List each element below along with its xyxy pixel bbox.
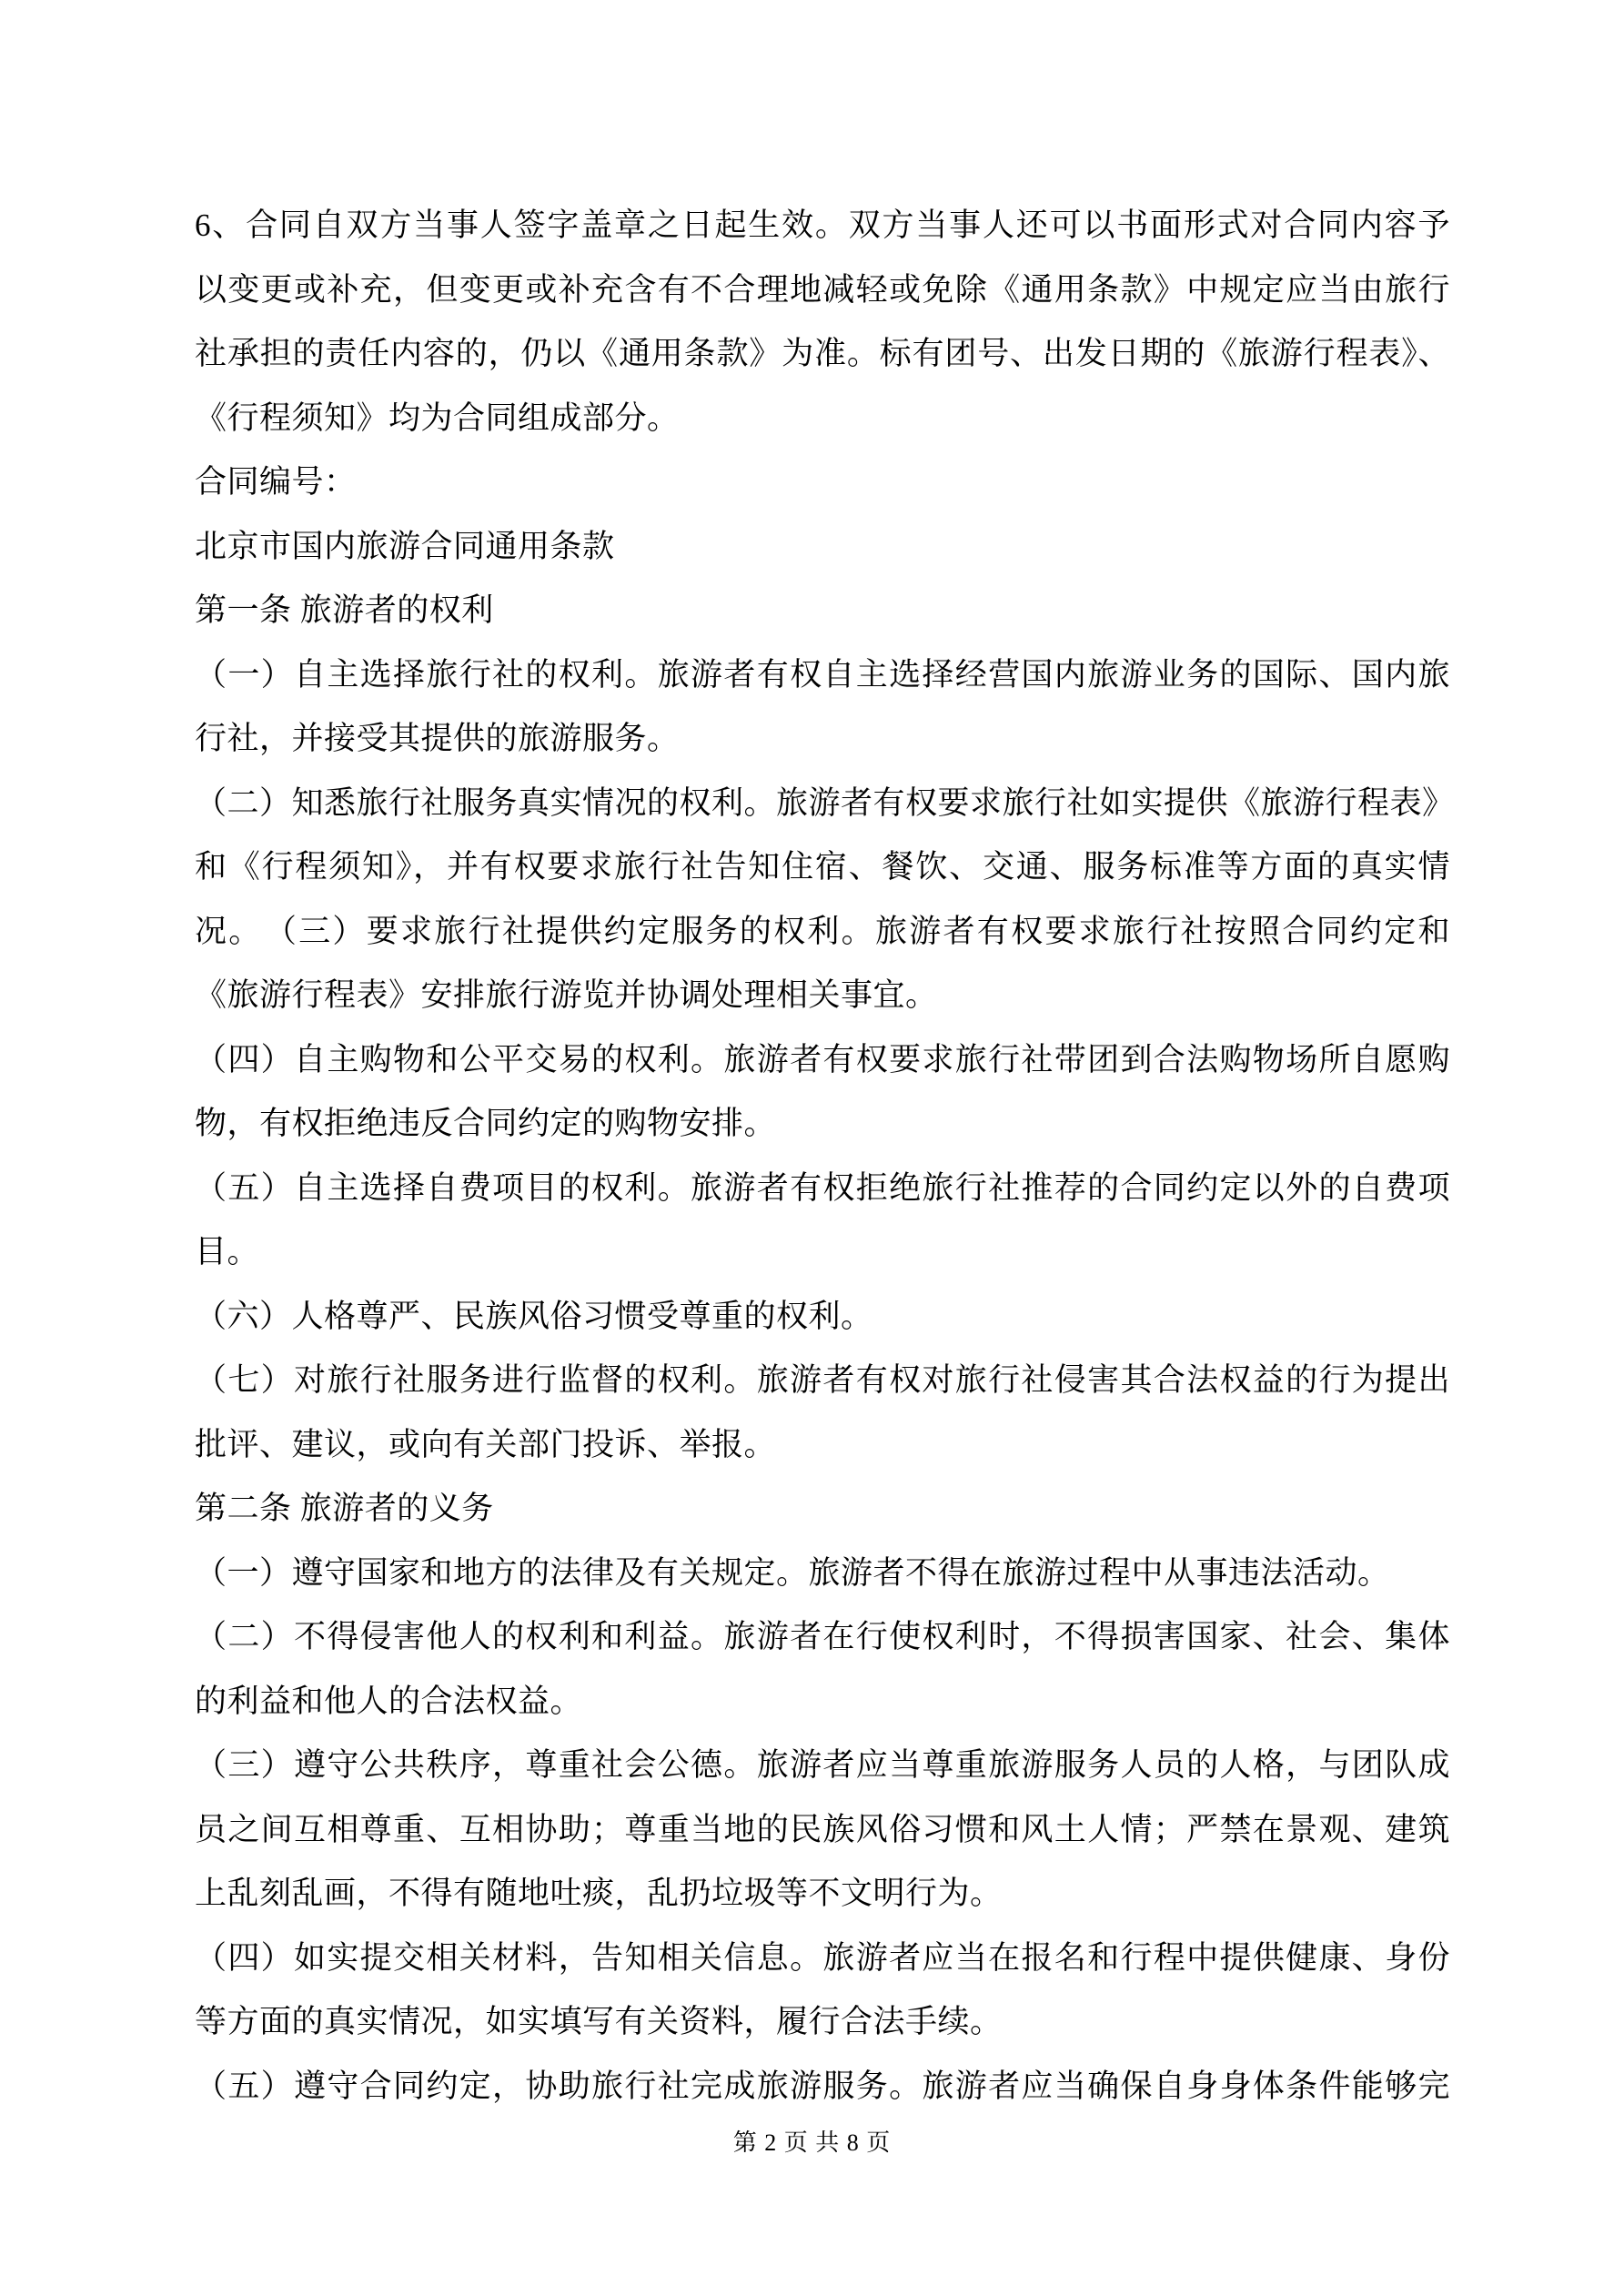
text-line: （二）知悉旅行社服务真实情况的权利。旅游者有权要求旅行社如实提供《旅游行程表》 xyxy=(195,772,1450,836)
text-line: 行社，并接受其提供的旅游服务。 xyxy=(195,707,1450,772)
text-line: （四）如实提交相关材料，告知相关信息。旅游者应当在报名和行程中提供健康、身份 xyxy=(195,1927,1450,1991)
text-line: 以变更或补充，但变更或补充含有不合理地减轻或免除《通用条款》中规定应当由旅行 xyxy=(195,258,1450,323)
text-line: 目。 xyxy=(195,1220,1450,1285)
text-line: （五）自主选择自费项目的权利。旅游者有权拒绝旅行社推荐的合同约定以外的自费项 xyxy=(195,1157,1450,1221)
text-line: 物，有权拒绝违反合同约定的购物安排。 xyxy=(195,1092,1450,1157)
text-line: （六）人格尊严、民族风俗习惯受尊重的权利。 xyxy=(195,1285,1450,1350)
text-line: 北京市国内旅游合同通用条款 xyxy=(195,515,1450,580)
text-line: 的利益和他人的合法权益。 xyxy=(195,1670,1450,1735)
text-line: 员之间互相尊重、互相协助；尊重当地的民族风俗习惯和风土人情；严禁在景观、建筑 xyxy=(195,1798,1450,1863)
page-number-footer: 第 2 页 共 8 页 xyxy=(0,2111,1624,2175)
text-line: （三）遵守公共秩序，尊重社会公德。旅游者应当尊重旅游服务人员的人格，与团队成 xyxy=(195,1734,1450,1798)
text-line: 《旅游行程表》安排旅行游览并协调处理相关事宜。 xyxy=(195,964,1450,1028)
text-line: 和《行程须知》，并有权要求旅行社告知住宿、餐饮、交通、服务标准等方面的真实情 xyxy=(195,835,1450,900)
text-line: （一）遵守国家和地方的法律及有关规定。旅游者不得在旅游过程中从事违法活动。 xyxy=(195,1542,1450,1606)
text-line: 合同编号： xyxy=(195,450,1450,515)
text-line: （七）对旅行社服务进行监督的权利。旅游者有权对旅行社侵害其合法权益的行为提出 xyxy=(195,1349,1450,1413)
document-page: 6、合同自双方当事人签字盖章之日起生效。双方当事人还可以书面形式对合同内容予以变… xyxy=(0,0,1624,2296)
text-line: 第二条 旅游者的义务 xyxy=(195,1477,1450,1542)
document-body: 6、合同自双方当事人签字盖章之日起生效。双方当事人还可以书面形式对合同内容予以变… xyxy=(195,194,1450,2119)
text-line: 等方面的真实情况，如实填写有关资料，履行合法手续。 xyxy=(195,1990,1450,2055)
text-line: 第一条 旅游者的权利 xyxy=(195,579,1450,643)
text-line: 社承担的责任内容的，仍以《通用条款》为准。标有团号、出发日期的《旅游行程表》、 xyxy=(195,322,1450,387)
text-line: （五）遵守合同约定，协助旅行社完成旅游服务。旅游者应当确保自身身体条件能够完 xyxy=(195,2055,1450,2119)
text-line: （二）不得侵害他人的权利和利益。旅游者在行使权利时，不得损害国家、社会、集体 xyxy=(195,1605,1450,1670)
text-line: （一）自主选择旅行社的权利。旅游者有权自主选择经营国内旅游业务的国际、国内旅 xyxy=(195,643,1450,708)
text-line: 上乱刻乱画，不得有随地吐痰，乱扔垃圾等不文明行为。 xyxy=(195,1862,1450,1927)
text-line: 《行程须知》均为合同组成部分。 xyxy=(195,387,1450,451)
text-line: 况。 （三）要求旅行社提供约定服务的权利。旅游者有权要求旅行社按照合同约定和 xyxy=(195,900,1450,965)
text-line: 6、合同自双方当事人签字盖章之日起生效。双方当事人还可以书面形式对合同内容予 xyxy=(195,194,1450,258)
text-line: （四）自主购物和公平交易的权利。旅游者有权要求旅行社带团到合法购物场所自愿购 xyxy=(195,1028,1450,1093)
text-line: 批评、建议，或向有关部门投诉、举报。 xyxy=(195,1413,1450,1478)
